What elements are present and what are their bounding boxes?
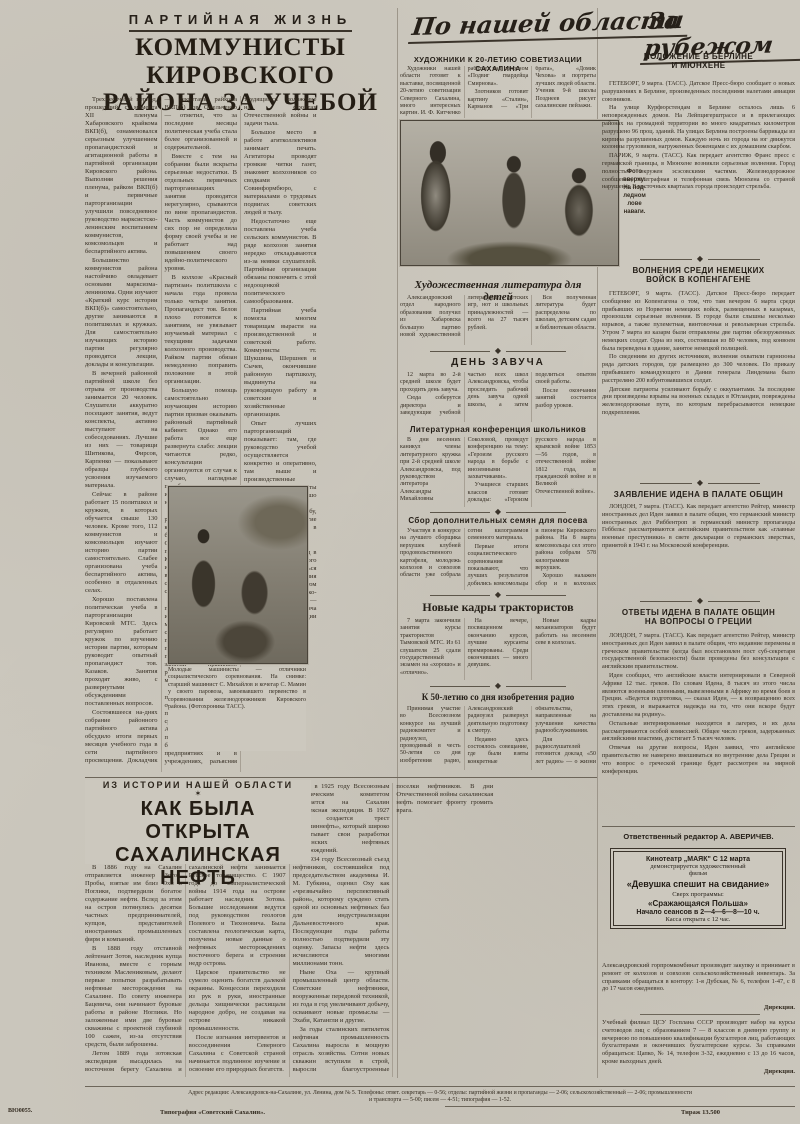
paragraph: Партийная учеба помогла многим товарищам… (244, 307, 317, 419)
cinema-line: Начало сеансов в 2—4—6—8—10 ч. (617, 909, 779, 916)
title-literary-conference: Литературная конференция школьников (400, 425, 596, 434)
berlin-body: ГЕТЕБОРГ, 9 марта. (ТАСС). Датское Пресс… (602, 80, 795, 252)
paragraph: ЛОНДОН, 7 марта. (ТАСС). Как передает аг… (602, 503, 795, 550)
artists-body: Художники нашей области готовят к выстав… (400, 66, 596, 118)
paragraph: ЛОНДОН, 7 марта. (ТАСС). Как передает аг… (602, 632, 795, 671)
title-kopenhagen: ВОЛНЕНИЯ СРЕДИ НЕМЕЦКИХ ВОЙСК В КОПЕНГАГ… (602, 266, 795, 284)
photo-ice-fishing (400, 120, 619, 266)
paragraph: Сейчас в районе работает 15 политшкол и … (85, 491, 158, 595)
paragraph: Остальные интернированные находятся в ла… (602, 720, 795, 743)
paragraph: Большое место в работе агитколлективов з… (244, 129, 317, 217)
paragraph: Большинство коммунистов района настойчив… (85, 257, 158, 369)
ad-signature: Дирекция. (602, 1068, 800, 1075)
section-divider: ◆ (430, 348, 566, 354)
photo-caption: Молодые машинисты — отличники социалисти… (168, 667, 306, 751)
star-ornament: ✶ (85, 790, 311, 798)
paragraph: 7 марта закончили занятия курсы трактори… (400, 618, 461, 677)
history-headline-block: ИЗ ИСТОРИИ НАШЕЙ ОБЛАСТИ ✶ КАК БЫЛА ОТКР… (85, 780, 311, 864)
photo-railway-workers (168, 486, 308, 664)
cinema-line: Кинотеатр „МАЯК" С 12 марта (617, 856, 779, 863)
title-eden-answers: ОТВЕТЫ ИДЕНА В ПАЛАТЕ ОБЩИН НА ВОПРОСЫ О… (602, 608, 795, 626)
newspaper-page: { "divider": "◆", "left_article": { "kic… (0, 0, 800, 1124)
paragraph: ГЕТЕБОРГ, 9 марта. (ТАСС). Датское Пресс… (602, 290, 795, 352)
imprint-bottom-row: Типография «Советский Сахалин». Тираж 13… (160, 1109, 720, 1116)
section-divider: ◆ (640, 598, 760, 604)
paragraph: В вечерней районной партийной школе без … (85, 370, 158, 490)
film-title: «Девушка спешит на свидание» (617, 879, 779, 889)
editor-rule (602, 826, 795, 827)
editor-line: Ответственный редактор А. АВЕРИЧЕВ. (602, 832, 795, 841)
imprint-rule (445, 1106, 795, 1107)
paragraph: На улице Курфюрстендам в Берлине осталос… (602, 104, 795, 151)
eden-answers-body: ЛОНДОН, 7 марта. (ТАСС). Как передает аг… (602, 632, 795, 818)
classified-ad-1: Александровский горпромкомбинат производ… (602, 962, 795, 993)
paragraph: Царское правительство не сумело оценить … (189, 969, 286, 1033)
paragraph: В 1888 году отставной лейтенант Зотов, н… (85, 945, 182, 1049)
tractor-drivers-body: 7 марта закончили занятия курсы трактори… (400, 618, 596, 680)
paragraph: Александровский отдел народного образова… (400, 295, 528, 345)
paragraph: Вся полученная литература будет распреде… (535, 295, 596, 332)
paragraph: После изгнания интервентов и воссоединен… (189, 1034, 286, 1074)
film-title-2: «Сражающаяся Польша» (617, 899, 779, 908)
paragraph: Новые кадры механизаторов будут работать… (535, 618, 596, 648)
paragraph: Недостаточно еще поставлена учеба сельск… (244, 218, 317, 306)
ad-signature: Дирекция. (602, 1004, 800, 1011)
section-divider: ◆ (640, 256, 760, 262)
kicker-party-life: ПАРТИЙНАЯ ЖИЗНЬ (85, 12, 396, 27)
title-seed-collection: Сбор дополнительных семян для посева (400, 516, 596, 525)
paragraph: Отвечая на другие вопросы, Иден заявил, … (602, 744, 795, 775)
paragraph: Иден сообщил, что английские власти инте… (602, 672, 795, 719)
kopenhagen-body: ГЕТЕБОРГ, 9 марта. (ТАСС). Датское Пресс… (602, 290, 795, 474)
paragraph: Ныне Оха — крупный промышленный центр об… (293, 969, 390, 1025)
eden-statement-body: ЛОНДОН, 7 марта. (ТАСС). Как передает аг… (602, 503, 795, 595)
paragraph: После окончания занятий состоится разбор… (535, 388, 596, 410)
circulation: Тираж 13.500 (681, 1109, 720, 1116)
paragraph: Трехмесячный период, прошедший с момента… (85, 96, 158, 256)
paragraph: ПАРИЖ, 9 марта. (ТАСС). Как передает аге… (602, 152, 795, 191)
headline-oil: КАК БЫЛА ОТКРЫТА САХАЛИНСКАЯ НЕФТЬ (85, 798, 311, 890)
imprint-address: Адрес редакции: Александровск-на-Сахалин… (85, 1090, 795, 1105)
title-zavuch-day: ДЕНЬ ЗАВУЧА (400, 357, 596, 368)
title-eden-statement: ЗАЯВЛЕНИЕ ИДЕНА В ПАЛАТЕ ОБЩИН (602, 490, 795, 499)
radio-body: Принимая участие во Всесоюзном конкурсе … (400, 706, 596, 770)
children-books-body: Александровский отдел народного образова… (400, 295, 596, 345)
conference-body: В дни весенних каникул члены литературно… (400, 437, 596, 507)
paragraph: В колхозе «Красный партизан» политшкола … (165, 274, 238, 386)
title-radio-anniversary: К 50-летию со дня изобретения радио (400, 692, 596, 702)
paragraph: На вечере, посвященном окончанию курсов,… (468, 618, 529, 670)
paragraph: Вместе с тем на собрании были вскрыты се… (165, 153, 238, 273)
imprint-rule (85, 1086, 795, 1087)
cinema-line: Касса открыта с 12 час. (617, 916, 779, 923)
section-divider: ◆ (430, 592, 566, 598)
printer-name: Типография «Советский Сахалин». (160, 1109, 265, 1116)
section-rule (85, 777, 597, 778)
cinema-line: Сверх программы: (617, 891, 779, 898)
title-berlin: ПОЛОЖЕНИЕ В БЕРЛИНЕ И МЮНХЕНЕ (602, 52, 795, 70)
section-divider: ◆ (430, 683, 566, 689)
paragraph: 12 марта во 2-й средней школе будет прох… (400, 372, 461, 394)
zavuch-body: 12 марта во 2-й средней школе будет прох… (400, 372, 596, 422)
section-divider: ◆ (640, 480, 760, 486)
cinema-line: демонстрируется художественный (617, 863, 779, 870)
ad-rule (640, 1014, 760, 1015)
paragraph: ГЕТЕБОРГ, 9 марта. (ТАСС). Датское Пресс… (602, 80, 795, 103)
paragraph: Хорошо поставлена политическая учеба в п… (85, 596, 158, 708)
cinema-ad-box: Кинотеатр „МАЯК" С 12 марта демонстрируе… (610, 848, 786, 929)
seed-collection-body: Участвуя в конкурсе на лучшего сборщика … (400, 528, 596, 590)
title-tractor-drivers: Новые кадры трактористов (400, 600, 596, 615)
press-code: ВЮ0055. (8, 1108, 32, 1114)
paragraph: По сведениям из других источников, волне… (602, 353, 795, 384)
cinema-line: фильм (617, 870, 779, 877)
section-divider: ◆ (430, 509, 566, 515)
classified-ad-2: Учебный филиал ЦСУ Госплана СССР произво… (602, 1019, 795, 1066)
paragraph: Датские патриоты усиливают борьбу с окку… (602, 386, 795, 417)
